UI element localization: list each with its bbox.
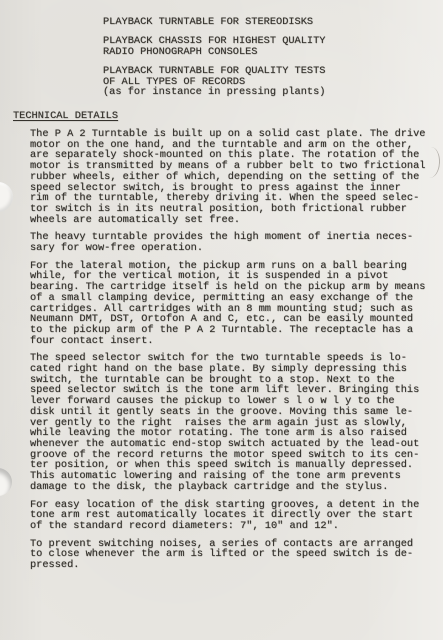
paragraph-drive-system: The P A 2 Turntable is built up on a sol…	[30, 129, 425, 225]
section-heading: TECHNICAL DETAILS	[13, 110, 118, 122]
document-title-1: PLAYBACK TURNTABLE FOR STEREODISKS	[103, 17, 325, 27]
scanned-document-page: PLAYBACK TURNTABLE FOR STEREODISKS PLAYB…	[0, 0, 443, 640]
title-block: PLAYBACK TURNTABLE FOR STEREODISKS PLAYB…	[103, 17, 325, 106]
paragraph-switching-noises: To prevent switching noises, a series of…	[30, 539, 425, 571]
paragraph-inertia: The heavy turntable provides the high mo…	[30, 232, 425, 253]
punch-hole-bottom	[0, 468, 12, 496]
punch-hole-top	[0, 182, 13, 212]
document-title-2: PLAYBACK CHASSIS FOR HIGHEST QUALITY RAD…	[103, 36, 325, 57]
pen-mark-arc	[423, 147, 441, 179]
document-body: The P A 2 Turntable is built up on a sol…	[30, 129, 425, 578]
paragraph-detent: For easy location of the disk starting g…	[30, 500, 425, 532]
paragraph-speed-selector: The speed selector switch for the two tu…	[30, 353, 425, 492]
paragraph-pickup-arm: For the lateral motion, the pickup arm r…	[30, 261, 425, 347]
document-title-3: PLAYBACK TURNTABLE FOR QUALITY TESTS OF …	[103, 66, 325, 97]
